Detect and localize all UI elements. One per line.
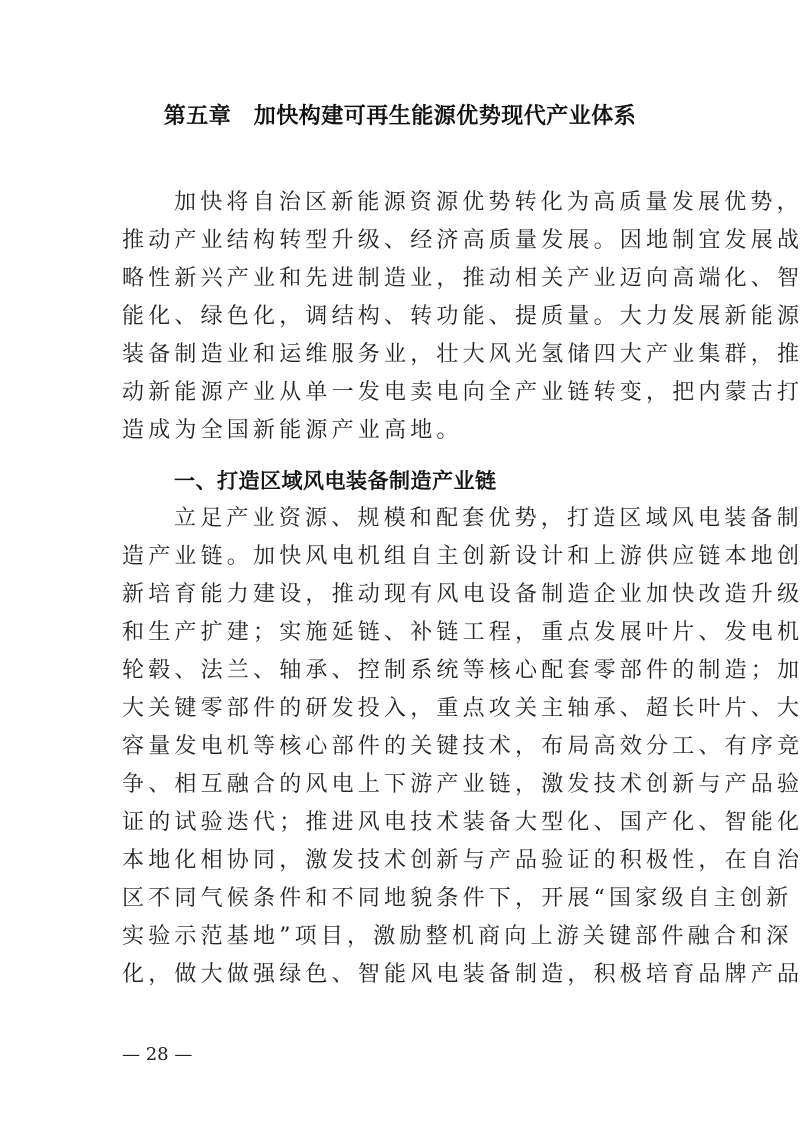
text-line: 造产业链。加快风电机组自主创新设计和上游供应链本地创 [122,538,682,576]
chapter-title: 第五章 加快构建可再生能源优势现代产业体系 [0,101,800,133]
text-line: 大关键零部件的研发投入，重点攻关主轴承、超长叶片、大 [122,690,682,728]
text-line: 加快将自治区新能源资源优势转化为高质量发展优势， [122,184,682,222]
document-page: 第五章 加快构建可再生能源优势现代产业体系 加快将自治区新能源资源优势转化为高质… [0,0,800,1131]
text-line: 实验示范基地”项目，激励整机商向上游关键部件融合和深 [122,918,682,956]
text-line: 容量发电机等核心部件的关键技术，布局高效分工、有序竞 [122,728,682,766]
text-line: 和生产扩建；实施延链、补链工程，重点发展叶片、发电机、 [122,614,682,652]
text-line: 新培育能力建设，推动现有风电设备制造企业加快改造升级 [122,576,682,614]
text-line: 本地化相协同，激发技术创新与产品验证的积极性，在自治 [122,842,682,880]
text-line: 立足产业资源、规模和配套优势，打造区域风电装备制 [122,500,682,538]
text-line: 造成为全国新能源产业高地。 [122,412,682,450]
text-line: 略性新兴产业和先进制造业，推动相关产业迈向高端化、智 [122,260,682,298]
section-paragraph: 立足产业资源、规模和配套优势，打造区域风电装备制 造产业链。加快风电机组自主创新… [122,500,682,994]
text-line: 争、相互融合的风电上下游产业链，激发技术创新与产品验 [122,766,682,804]
text-line: 能化、绿色化，调结构、转功能、提质量。大力发展新能源 [122,298,682,336]
text-line: 区不同气候条件和不同地貌条件下，开展“国家级自主创新 [122,880,682,918]
text-line: 装备制造业和运维服务业，壮大风光氢储四大产业集群，推 [122,336,682,374]
text-line: 化，做大做强绿色、智能风电装备制造，积极培育品牌产品 [122,956,682,994]
text-line: 推动产业结构转型升级、经济高质量发展。因地制宜发展战 [122,222,682,260]
text-line: 证的试验迭代；推进风电技术装备大型化、国产化、智能化、 [122,804,682,842]
text-line: 动新能源产业从单一发电卖电向全产业链转变，把内蒙古打 [122,374,682,412]
page-number: — 28 — [122,1043,192,1067]
intro-paragraph: 加快将自治区新能源资源优势转化为高质量发展优势， 推动产业结构转型升级、经济高质… [122,184,682,450]
text-line: 轮毂、法兰、轴承、控制系统等核心配套零部件的制造；加 [122,652,682,690]
section-heading: 一、打造区域风电装备制造产业链 [174,462,497,500]
